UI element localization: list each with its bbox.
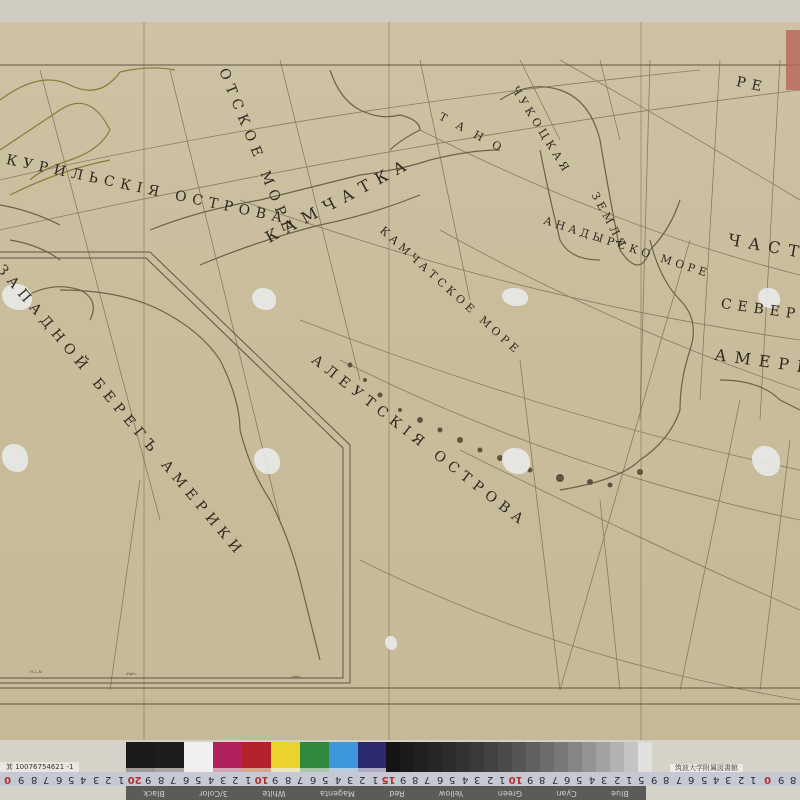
paper-stain [254,448,280,474]
ruler-tick: 9 [269,774,281,785]
ruler-tick: 5 [698,774,710,785]
ruler-tick: 4 [77,774,89,785]
ruler-tick: 1 [623,774,635,785]
ruler-tick: 2 [102,774,114,785]
ruler-tick: 7 [294,774,306,785]
ruler-tick: 4 [586,774,598,785]
ruler-tick: 20 [127,774,142,785]
ruler-tick: 6 [307,774,319,785]
gray-scale [386,742,652,772]
paper-stain [2,444,28,472]
ruler-tick: 7 [421,774,433,785]
ruler-tick: 6 [685,774,697,785]
ruler-tick: 8 [28,774,40,785]
red-edge-mark [786,30,800,90]
patch-name: Magenta [320,786,355,800]
ruler-tick: 6 [561,774,573,785]
ruler-tick: 8 [409,774,421,785]
ruler-tick: 8 [155,774,167,785]
ruler-tick: 5 [65,774,77,785]
patch-name: Black [143,786,165,800]
kodak-control-bar: BlueCyanGreenYellowRedMagentaWhite3/Colo… [126,786,646,800]
ruler-tick: 10 [508,774,523,785]
ruler-tick: 5 [446,774,458,785]
patch-name: 3/Color [199,786,228,800]
ruler-tick: 2 [356,774,368,785]
ruler-tick: 3 [90,774,102,785]
ruler-tick: 5 [635,774,647,785]
patch-name: Red [389,786,404,800]
ruler-tick: 1 [496,774,508,785]
ruler-tick: 8 [787,774,799,785]
ruler-tick: 9 [142,774,154,785]
patch-name: Green [498,786,522,800]
ruler-tick: 3 [344,774,356,785]
ruler-tick: 0 [760,774,775,785]
ruler-tick: 9 [15,774,27,785]
ruler-tick: 3 [598,774,610,785]
ruler-tick: 1 [369,774,381,785]
ruler-tick: 4 [459,774,471,785]
ruler-tick: 3 [217,774,229,785]
ruler-tick: 0 [0,774,15,785]
ruler-tick: 1 [115,774,127,785]
patch-name: Blue [611,786,629,800]
paper-stain [252,288,276,310]
ruler-tick: 8 [536,774,548,785]
ruler-tick: 4 [332,774,344,785]
ruler-tick: 2 [484,774,496,785]
ruler-tick: 2 [229,774,241,785]
ruler-tick: 10 [254,774,269,785]
ruler-tick: 2 [611,774,623,785]
ruler-tick: 3 [471,774,483,785]
ruler-tick: 8 [282,774,294,785]
ruler-tick: 3 [722,774,734,785]
patch-name: Cyan [556,786,576,800]
ruler-tick: 9 [524,774,536,785]
patch-name: Yellow [439,786,464,800]
paper-stain [502,288,528,306]
ruler-tick: 15 [381,774,396,785]
ruler-tick: 2 [735,774,747,785]
ruler-tick: 1 [242,774,254,785]
paper-stain [385,636,397,650]
ruler-tick: 6 [180,774,192,785]
ruler-tick: 5 [192,774,204,785]
scan-id-label: 箕 10076754621 -1 [0,762,79,772]
ruler-tick: 5 [319,774,331,785]
ruler-tick: 4 [710,774,722,785]
ruler-tick: 4 [205,774,217,785]
ruler-tick: 7 [40,774,52,785]
measurement-ruler: 0987654321209876543211098765432115987654… [0,772,800,786]
svg-text:ᴴ·ᴸ·ᴺ: ᴴ·ᴸ·ᴺ [30,670,42,677]
paper-stain [502,448,530,474]
ruler-tick: 5 [573,774,585,785]
ruler-tick: 6 [53,774,65,785]
ruler-tick: 7 [167,774,179,785]
ruler-tick: 6 [434,774,446,785]
ruler-tick: 9 [648,774,660,785]
svg-text:·ᴴᵃᴴ·: ·ᴴᵃᴴ· [125,672,137,679]
svg-text:·ᴴᵃᴴ·: ·ᴴᵃᴴ· [290,675,302,682]
ruler-tick: 7 [673,774,685,785]
ruler-tick: 9 [775,774,787,785]
ruler-tick: 8 [660,774,672,785]
ruler-tick: 1 [747,774,759,785]
ruler-tick: 7 [549,774,561,785]
ruler-tick: 9 [397,774,409,785]
patch-name: White [262,786,285,800]
